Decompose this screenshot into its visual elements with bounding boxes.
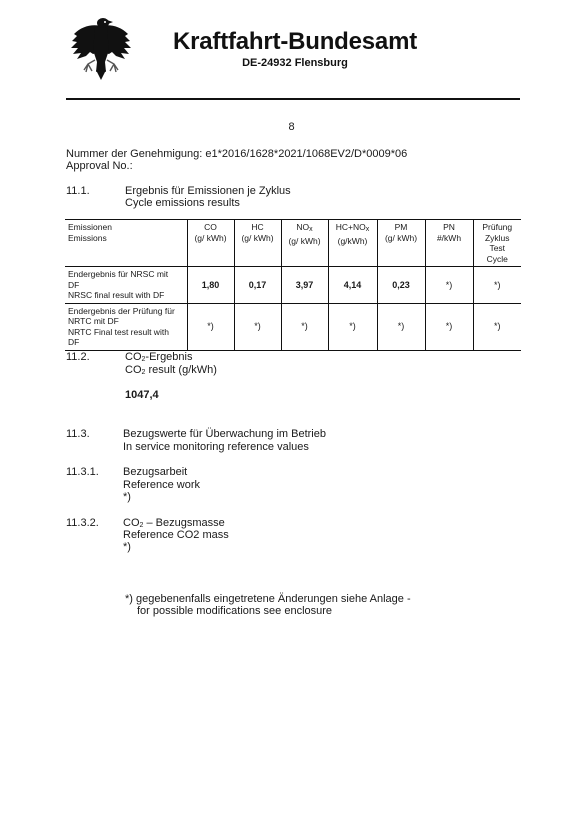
row-label-nrtc: Endergebnis der Prüfung für NRTC mit DF … bbox=[65, 303, 187, 350]
table-header-row: Emissionen Emissions CO (g/ kWh) HC (g/ … bbox=[65, 220, 521, 267]
cell-nrsc-hc: 0,17 bbox=[234, 267, 281, 304]
section-11-3-title-en: In service monitoring reference values bbox=[123, 441, 309, 454]
header-hc-unit: (g/ kWh) bbox=[238, 233, 278, 244]
approval-number: e1*2016/1628*2021/1068EV2/D*0009*06 bbox=[205, 148, 407, 160]
header-pm-unit: (g/ kWh) bbox=[381, 233, 422, 244]
cell-nrtc-pm: *) bbox=[377, 303, 425, 350]
emissions-table: Emissionen Emissions CO (g/ kWh) HC (g/ … bbox=[65, 219, 521, 351]
section-11-1-title-en: Cycle emissions results bbox=[125, 197, 240, 210]
header-co-unit: (g/ kWh) bbox=[191, 233, 231, 244]
approval-label-en: Approval No.: bbox=[66, 160, 133, 173]
row-label-nrsc: Endergebnis für NRSC mit DF NRSC final r… bbox=[65, 267, 187, 304]
section-11-3-1-title-en: Reference work bbox=[123, 479, 200, 492]
section-11-3-1-title-de: Bezugsarbeit bbox=[123, 466, 187, 479]
cell-nrsc-test-cycle: *) bbox=[473, 267, 521, 304]
page-number: 8 bbox=[0, 121, 583, 134]
header-emissions-de: Emissionen bbox=[68, 222, 184, 233]
table-row: Endergebnis für NRSC mit DF NRSC final r… bbox=[65, 267, 521, 304]
header-co-name: CO bbox=[191, 222, 231, 233]
header-pn-unit: #/kWh bbox=[429, 233, 470, 244]
header-hc: HC (g/ kWh) bbox=[234, 220, 281, 267]
header-hc-name: HC bbox=[238, 222, 278, 233]
header-hc-nox-name: HC+NOx bbox=[332, 222, 374, 236]
approval-label-de: Nummer der Genehmigung: bbox=[66, 148, 202, 160]
section-11-3-number: 11.3. bbox=[66, 428, 90, 441]
header-co: CO (g/ kWh) bbox=[187, 220, 234, 267]
cell-nrtc-test-cycle: *) bbox=[473, 303, 521, 350]
cell-nrtc-nox: *) bbox=[281, 303, 328, 350]
header-pm: PM (g/ kWh) bbox=[377, 220, 425, 267]
section-11-1-number: 11.1. bbox=[66, 185, 90, 198]
reference-co2-mass-value: *) bbox=[123, 541, 131, 554]
header-pn-name: PN bbox=[429, 222, 470, 233]
header-nox-unit: (g/ kWh) bbox=[285, 236, 325, 247]
reference-work-value: *) bbox=[123, 491, 131, 504]
header-hc-nox-unit: (g/kWh) bbox=[332, 236, 374, 247]
footnote-line-2: for possible modifications see enclosure bbox=[137, 605, 332, 618]
header-emissions-en: Emissions bbox=[68, 233, 184, 244]
header-pm-name: PM bbox=[381, 222, 422, 233]
header-emissions: Emissionen Emissions bbox=[65, 220, 187, 267]
header-hc-nox: HC+NOx (g/kWh) bbox=[328, 220, 377, 267]
table-row: Endergebnis der Prüfung für NRTC mit DF … bbox=[65, 303, 521, 350]
co2-result-value: 1047,4 bbox=[125, 389, 159, 402]
section-11-3-2-number: 11.3.2. bbox=[66, 517, 99, 530]
federal-eagle-icon bbox=[68, 14, 134, 82]
organization-title: Kraftfahrt-Bundesamt bbox=[130, 28, 460, 56]
section-11-3-1-number: 11.3.1. bbox=[66, 466, 99, 479]
header-divider bbox=[66, 98, 520, 100]
cell-nrtc-co: *) bbox=[187, 303, 234, 350]
section-11-2-number: 11.2. bbox=[66, 351, 90, 364]
section-11-2-title-en: CO2 result (g/kWh) bbox=[125, 364, 217, 379]
header-nox-name: NOx bbox=[285, 222, 325, 236]
header-nox: NOx (g/ kWh) bbox=[281, 220, 328, 267]
section-11-3-title-de: Bezugswerte für Überwachung im Betrieb bbox=[123, 428, 326, 441]
cell-nrsc-pn: *) bbox=[425, 267, 473, 304]
cell-nrtc-pn: *) bbox=[425, 303, 473, 350]
header-test-cycle: PrüfungZyklusTestCycle bbox=[473, 220, 521, 267]
cell-nrtc-hc-nox: *) bbox=[328, 303, 377, 350]
cell-nrsc-co: 1,80 bbox=[187, 267, 234, 304]
page-number-text: 8 bbox=[288, 121, 294, 133]
cell-nrsc-pm: 0,23 bbox=[377, 267, 425, 304]
header-test-cycle-name: PrüfungZyklusTestCycle bbox=[477, 222, 519, 264]
header-pn: PN #/kWh bbox=[425, 220, 473, 267]
cell-nrsc-hc-nox: 4,14 bbox=[328, 267, 377, 304]
organization-address: DE-24932 Flensburg bbox=[130, 57, 460, 69]
cell-nrsc-nox: 3,97 bbox=[281, 267, 328, 304]
section-11-3-2-title-en: Reference CO2 mass bbox=[123, 529, 229, 542]
cell-nrtc-hc: *) bbox=[234, 303, 281, 350]
